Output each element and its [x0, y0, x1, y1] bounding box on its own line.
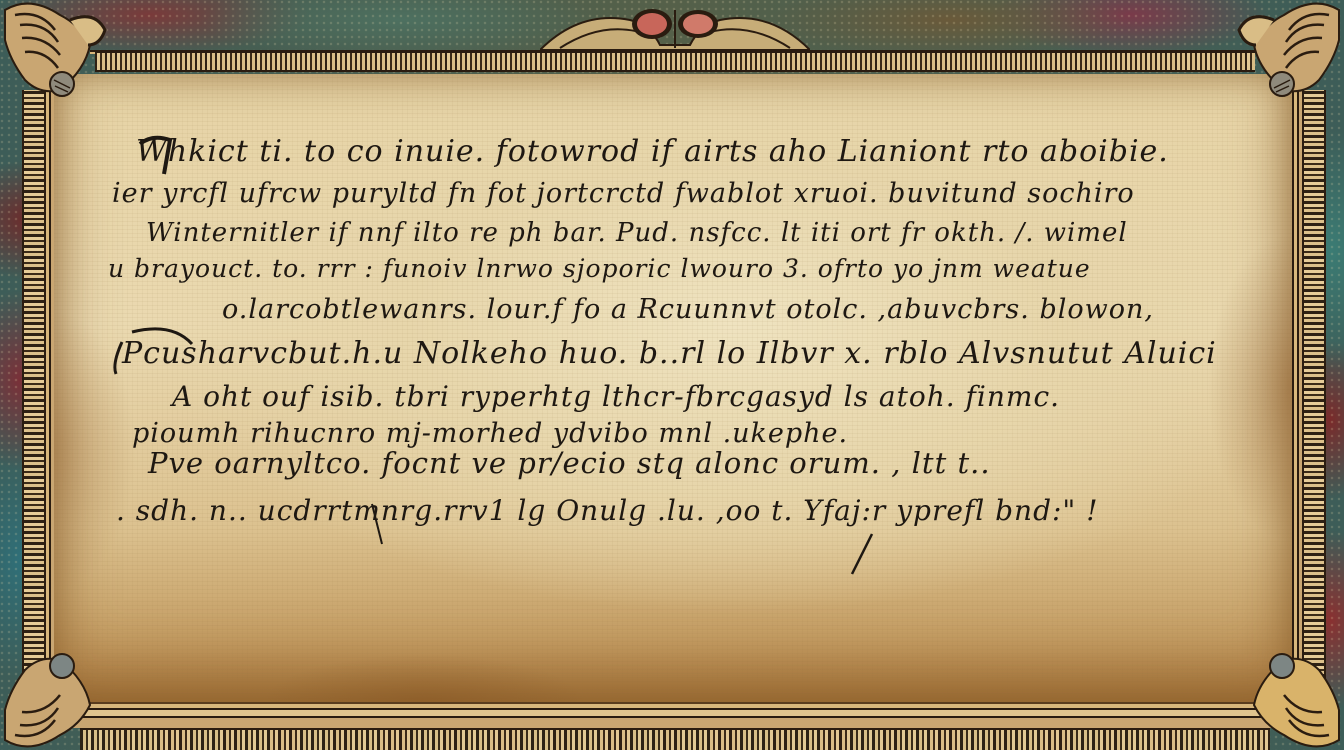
corner-scroll-icon-top-right — [1234, 0, 1344, 110]
corner-scroll-icon-bottom-left — [0, 640, 110, 750]
letter-flourish — [52, 74, 1292, 702]
frame-left-band — [22, 90, 46, 710]
corner-scroll-icon-bottom-right — [1234, 640, 1344, 750]
frame-right-rail — [1292, 90, 1302, 710]
crest-ornament-icon — [540, 0, 810, 55]
parchment-paper: Whkict ti. to co inuie. fotowrod if airt… — [52, 74, 1292, 702]
handwritten-letter: Whkict ti. to co inuie. fotowrod if airt… — [52, 74, 1292, 702]
corner-scroll-icon-top-left — [0, 0, 110, 110]
frame-right-band — [1302, 90, 1326, 710]
frame-left-rail — [44, 90, 54, 710]
frame-bottom-rail — [60, 702, 1292, 728]
frame-bottom-band — [80, 728, 1270, 750]
